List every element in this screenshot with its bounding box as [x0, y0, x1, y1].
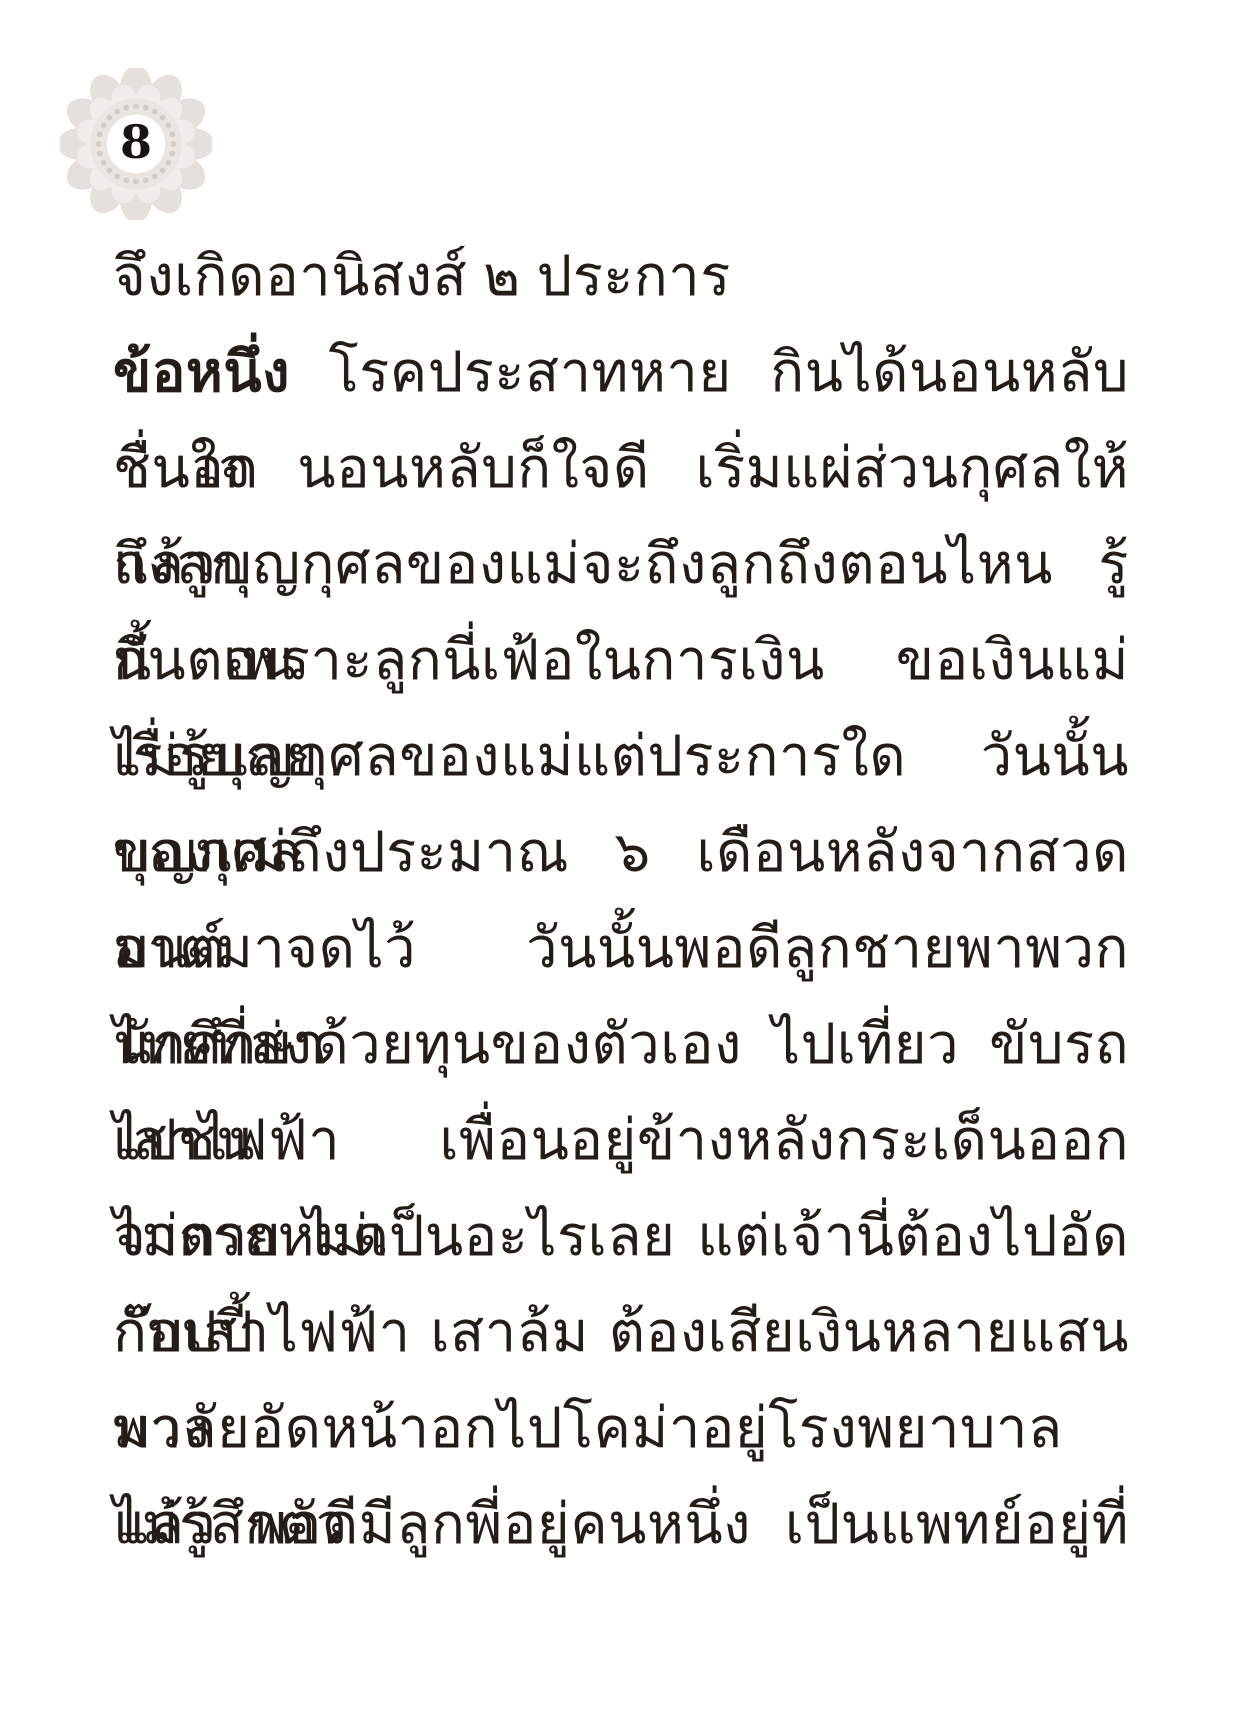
- text-line: มาลัยอัดหน้าอกไปโคม่าอยู่โรงพยาบาล ไม่รู…: [113, 1380, 1129, 1476]
- text-line: ไทยที่ส่งด้วยทุนของตัวเอง ไปเที่ยว ขับรถ…: [113, 996, 1129, 1092]
- text-line: อาตมาจดไว้ วันนั้นพอดีลูกชายพาพวกนักศึกษ…: [113, 900, 1129, 996]
- text-line: นี้ เพราะลูกนี่เฟ้อในการเงิน ขอเงินแม่เร…: [113, 612, 1129, 708]
- text-line-heading: จึงเกิดอานิสงส์ ๒ ประการ: [113, 228, 1129, 324]
- text-line: แล้วบุญกุศลของแม่จะถึงลูกถึงตอนไหน รู้กั…: [113, 516, 1129, 612]
- text-line: ไม่ตาย ไม่เป็นอะไรเลย แต่เจ้านี่ต้องไปอั…: [113, 1188, 1129, 1284]
- body-text: จึงเกิดอานิสงส์ ๒ ประการ ข้อหนึ่ง โรคประ…: [113, 228, 1129, 1572]
- flower-ornament-icon: [60, 68, 212, 220]
- text-line: เสาไฟฟ้า เพื่อนอยู่ข้างหลังกระเด็นออกจาก…: [113, 1092, 1129, 1188]
- book-page: 8 จึงเกิดอานิสงส์ ๒ ประการ ข้อหนึ่ง โรคป…: [0, 0, 1240, 1713]
- text-line: กับเสาไฟฟ้า เสาล้ม ต้องเสียเงินหลายแสน พ…: [113, 1284, 1129, 1380]
- text-line: ข้อหนึ่ง โรคประสาทหาย กินได้นอนหลับ ชื่น…: [113, 324, 1129, 420]
- text-line: ไม่รู้บุญกุศลของแม่แต่ประการใด วันนั้นบุ…: [113, 708, 1129, 804]
- text-line-last: แล้ว พอดีมีลูกพี่อยู่คนหนึ่ง เป็นแพทย์อย…: [113, 1476, 1129, 1572]
- bold-lead-text: ข้อหนึ่ง: [113, 340, 290, 403]
- text-line: ของแม่ถึงประมาณ ๖ เดือนหลังจากสวดมนต์: [113, 804, 1129, 900]
- page-number-ornament: 8: [60, 68, 212, 220]
- text-line: ชื่นใจ นอนหลับก็ใจดี เริ่มแผ่ส่วนกุศลให้…: [113, 420, 1129, 516]
